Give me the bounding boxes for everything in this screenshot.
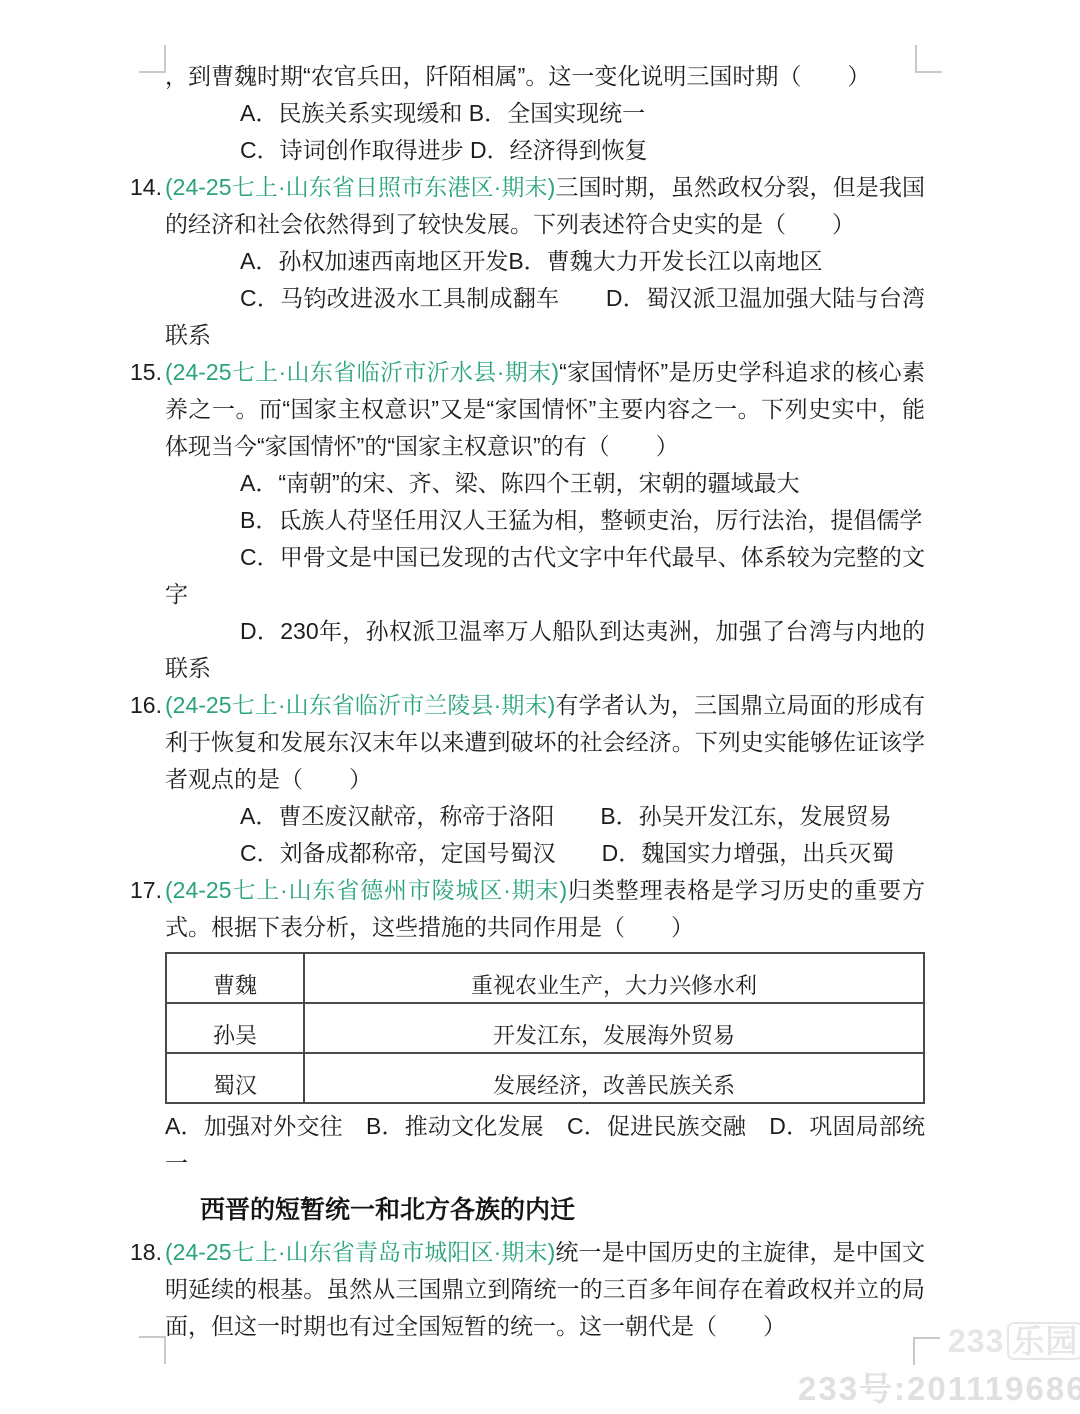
question-stem: 14.(24-25七上·山东省日照市东港区·期末)三国时期，虽然政权分裂，但是我… bbox=[165, 169, 925, 243]
exam-paper-content: ，到曹魏时期“农官兵田，阡陌相属”。这一变化说明三国时期（ ） A．民族关系实现… bbox=[165, 58, 925, 1345]
question-stem: 18.(24-25七上·山东省青岛市城阳区·期末)统一是中国历史的主旋律，是中国… bbox=[165, 1234, 925, 1345]
question-17: 17.(24-25七上·山东省德州市陵城区·期末)归类整理表格是学习历史的重要方… bbox=[165, 872, 925, 1182]
measures-table: 曹魏 重视农业生产，大力兴修水利 孙吴 开发江东，发展海外贸易 蜀汉 发展经济，… bbox=[165, 952, 925, 1104]
table-cell-measure: 重视农业生产，大力兴修水利 bbox=[304, 953, 924, 1003]
question-16: 16.(24-25七上·山东省临沂市兰陵县·期末)有学者认为，三国鼎立局面的形成… bbox=[165, 687, 925, 872]
question-13-continuation: ，到曹魏时期“农官兵田，阡陌相属”。这一变化说明三国时期（ ） A．民族关系实现… bbox=[165, 58, 925, 169]
option-line: C．甲骨文是中国已发现的古代文字中年代最早、体系较为完整的文字 bbox=[165, 539, 925, 613]
option-line: A．孙权加速西南地区开发B．曹魏大力开发长江以南地区 bbox=[165, 243, 925, 280]
table-cell-measure: 发展经济，改善民族关系 bbox=[304, 1053, 924, 1103]
question-number: 14. bbox=[130, 169, 162, 206]
source-tag: (24-25七上·山东省青岛市城阳区·期末) bbox=[165, 1239, 555, 1265]
option-line: C．刘备成都称帝，定国号蜀汉 D．魏国实力增强，出兵灭蜀 bbox=[165, 835, 925, 872]
table-row: 曹魏 重视农业生产，大力兴修水利 bbox=[166, 953, 924, 1003]
question-number: 18. bbox=[130, 1234, 162, 1271]
question-18: 18.(24-25七上·山东省青岛市城阳区·期末)统一是中国历史的主旋律，是中国… bbox=[165, 1234, 925, 1345]
source-tag: (24-25七上·山东省日照市东港区·期末) bbox=[165, 174, 555, 200]
option-line: A．曹丕废汉献帝，称帝于洛阳 B．孙吴开发江东，发展贸易 bbox=[165, 798, 925, 835]
watermark-logo-text: 233 bbox=[948, 1323, 1004, 1359]
question-stem: 17.(24-25七上·山东省德州市陵城区·期末)归类整理表格是学习历史的重要方… bbox=[165, 872, 925, 946]
option-line: A．“南朝”的宋、齐、梁、陈四个王朝，宋朝的疆域最大 bbox=[165, 465, 925, 502]
watermark-id-text: 233号:201119686 bbox=[798, 1363, 1080, 1410]
table-cell-dynasty: 蜀汉 bbox=[166, 1053, 304, 1103]
question-stem: 15.(24-25七上·山东省临沂市沂水县·期末)“家国情怀”是历史学科追求的核… bbox=[165, 354, 925, 465]
watermark-logo-box: 乐园 bbox=[1007, 1322, 1080, 1360]
watermark-233leyuan-logo: 233乐园 bbox=[948, 1322, 1080, 1360]
question-stem: 16.(24-25七上·山东省临沂市兰陵县·期末)有学者认为，三国鼎立局面的形成… bbox=[165, 687, 925, 798]
table-row: 蜀汉 发展经济，改善民族关系 bbox=[166, 1053, 924, 1103]
option-line: D．230年，孙权派卫温率万人船队到达夷洲，加强了台湾与内地的联系 bbox=[165, 613, 925, 687]
table-cell-dynasty: 曹魏 bbox=[166, 953, 304, 1003]
table-cell-dynasty: 孙吴 bbox=[166, 1003, 304, 1053]
question-15: 15.(24-25七上·山东省临沂市沂水县·期末)“家国情怀”是历史学科追求的核… bbox=[165, 354, 925, 687]
option-line: A．民族关系实现缓和 B．全国实现统一 bbox=[165, 95, 925, 132]
option-line: A．加强对外交往 B．推动文化发展 C．促进民族交融 D．巩固局部统一 bbox=[165, 1108, 925, 1182]
table-row: 孙吴 开发江东，发展海外贸易 bbox=[166, 1003, 924, 1053]
source-tag: (24-25七上·山东省德州市陵城区·期末) bbox=[165, 877, 567, 903]
source-tag: (24-25七上·山东省临沂市沂水县·期末) bbox=[165, 359, 559, 385]
option-line: B．氐族人苻坚任用汉人王猛为相，整顿吏治，厉行法治，提倡儒学 bbox=[165, 502, 925, 539]
table-cell-measure: 开发江东，发展海外贸易 bbox=[304, 1003, 924, 1053]
page-corner-mark-top-left bbox=[139, 45, 166, 73]
question-stem: ，到曹魏时期“农官兵田，阡陌相属”。这一变化说明三国时期（ ） bbox=[165, 58, 925, 95]
question-number: 15. bbox=[130, 354, 162, 391]
option-line: C．马钧改进汲水工具制成翻车 D．蜀汉派卫温加强大陆与台湾联系 bbox=[165, 280, 925, 354]
option-line: C．诗词创作取得进步 D．经济得到恢复 bbox=[165, 132, 925, 169]
section-heading: 西晋的短暂统一和北方各族的内迁 bbox=[200, 1191, 925, 1229]
question-14: 14.(24-25七上·山东省日照市东港区·期末)三国时期，虽然政权分裂，但是我… bbox=[165, 169, 925, 354]
question-number: 16. bbox=[130, 687, 162, 724]
question-number: 17. bbox=[130, 872, 162, 909]
source-tag: (24-25七上·山东省临沂市兰陵县·期末) bbox=[165, 692, 555, 718]
page-corner-mark-bottom-left bbox=[139, 1336, 166, 1364]
